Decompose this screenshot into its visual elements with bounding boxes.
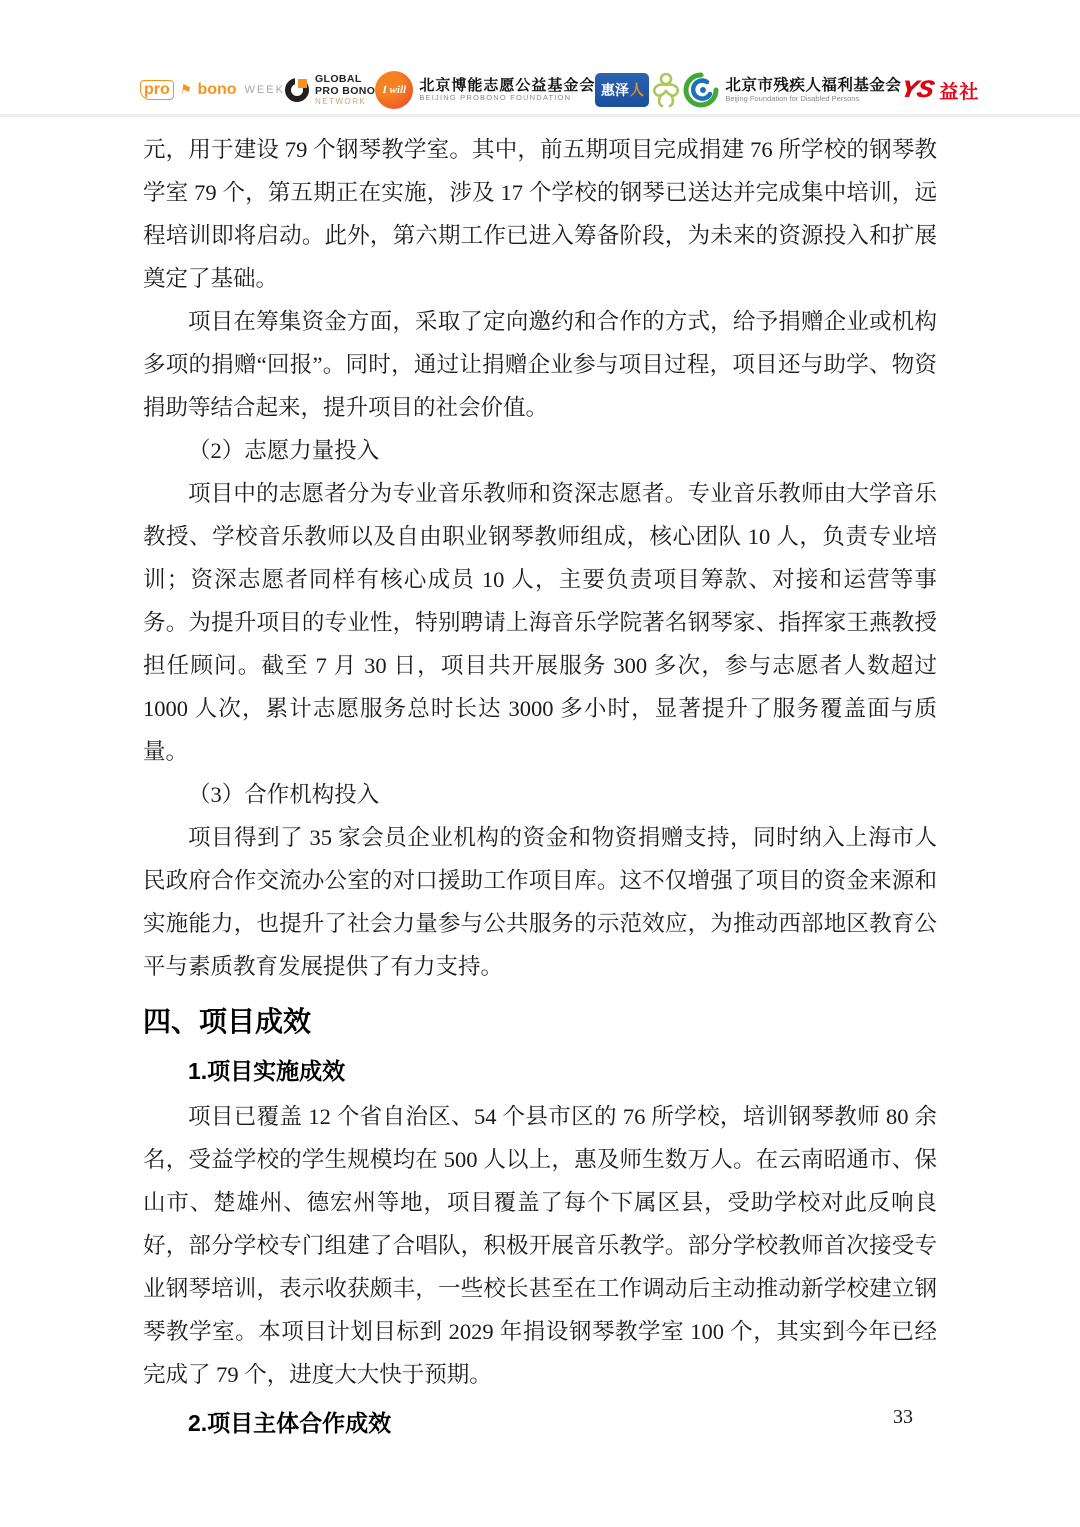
header-divider bbox=[0, 114, 1080, 117]
disabled-foundation-en-text: Beijing Foundation for Disabled Persons bbox=[725, 95, 901, 104]
green-figure-logo bbox=[649, 71, 683, 109]
huizeren-hz-text: 惠泽 bbox=[601, 80, 629, 100]
swirl-globe-icon bbox=[683, 72, 719, 108]
global-pro-bono-network-logo: GLOBAL PRO BONO NETWORK bbox=[285, 73, 375, 106]
subitem-partner-input: （3）合作机构投入 bbox=[143, 773, 937, 816]
document-body: 元，用于建设 79 个钢琴教学室。其中，前五期项目完成捐建 76 所学校的钢琴教… bbox=[143, 128, 937, 1447]
probono-week-pro-text: pro bbox=[140, 80, 174, 100]
probono-foundation-cn-text: 北京博能志愿公益基金会 bbox=[419, 77, 595, 94]
ys-mark-icon: YS bbox=[898, 76, 936, 104]
page-number: 33 bbox=[893, 1406, 913, 1429]
section-heading-project-effect: 四、项目成效 bbox=[143, 1002, 937, 1042]
flag-icon: ⚑ bbox=[179, 81, 193, 98]
gpbn-global-text: GLOBAL bbox=[315, 73, 375, 85]
paragraph-funding: 项目在筹集资金方面，采取了定向邀约和合作的方式，给予捐赠企业或机构多项的捐赠“回… bbox=[143, 300, 937, 429]
huizeren-ren-text: 人 bbox=[630, 80, 644, 100]
ys-yishe-logo: YS 益社 bbox=[901, 76, 979, 104]
yishe-text: 益社 bbox=[939, 77, 979, 104]
paragraph-implementation: 项目已覆盖 12 个省自治区、54 个县市区的 76 所学校，培训钢琴教师 80… bbox=[143, 1095, 937, 1396]
subheading-implementation-effect: 1.项目实施成效 bbox=[143, 1050, 937, 1093]
beijing-disabled-persons-foundation-logo: 北京市残疾人福利基金会 Beijing Foundation for Disab… bbox=[683, 72, 901, 108]
document-page: pro ⚑ bono WEEK GLOBAL PRO BONO NETWORK … bbox=[0, 0, 1080, 1527]
open-ring-icon bbox=[285, 78, 309, 102]
huizeren-logo: 惠泽 人 bbox=[595, 73, 649, 107]
disabled-foundation-cn-text: 北京市残疾人福利基金会 bbox=[725, 77, 901, 95]
paragraph-continuation: 元，用于建设 79 个钢琴教学室。其中，前五期项目完成捐建 76 所学校的钢琴教… bbox=[143, 128, 937, 300]
probono-week-bono-text: bono bbox=[197, 81, 236, 99]
paragraph-volunteer: 项目中的志愿者分为专业音乐教师和资深志愿者。专业音乐教师由大学音乐教授、学校音乐… bbox=[143, 472, 937, 773]
iwill-badge-text: I will bbox=[383, 84, 407, 96]
subitem-volunteer-input: （2）志愿力量投入 bbox=[143, 429, 937, 472]
paragraph-partner: 项目得到了 35 家会员企业机构的资金和物资捐赠支持，同时纳入上海市人民政府合作… bbox=[143, 816, 937, 988]
subheading-cooperation-effect: 2.项目主体合作成效 bbox=[143, 1402, 937, 1445]
probono-week-week-text: WEEK bbox=[245, 84, 285, 96]
huizeren-badge-icon: 惠泽 人 bbox=[595, 73, 649, 107]
iwill-badge-icon: I will bbox=[375, 71, 413, 109]
probono-foundation-en-text: BEIJING PROBONO FOUNDATION bbox=[419, 94, 595, 103]
pro-bono-week-logo: pro ⚑ bono WEEK bbox=[140, 80, 285, 100]
beijing-probono-foundation-logo: I will 北京博能志愿公益基金会 BEIJING PROBONO FOUND… bbox=[375, 71, 595, 109]
logo-bar: pro ⚑ bono WEEK GLOBAL PRO BONO NETWORK … bbox=[140, 64, 940, 116]
gpbn-probono-text: PRO BONO bbox=[315, 85, 375, 97]
green-figure-icon bbox=[649, 71, 683, 109]
gpbn-network-text: NETWORK bbox=[315, 97, 375, 106]
